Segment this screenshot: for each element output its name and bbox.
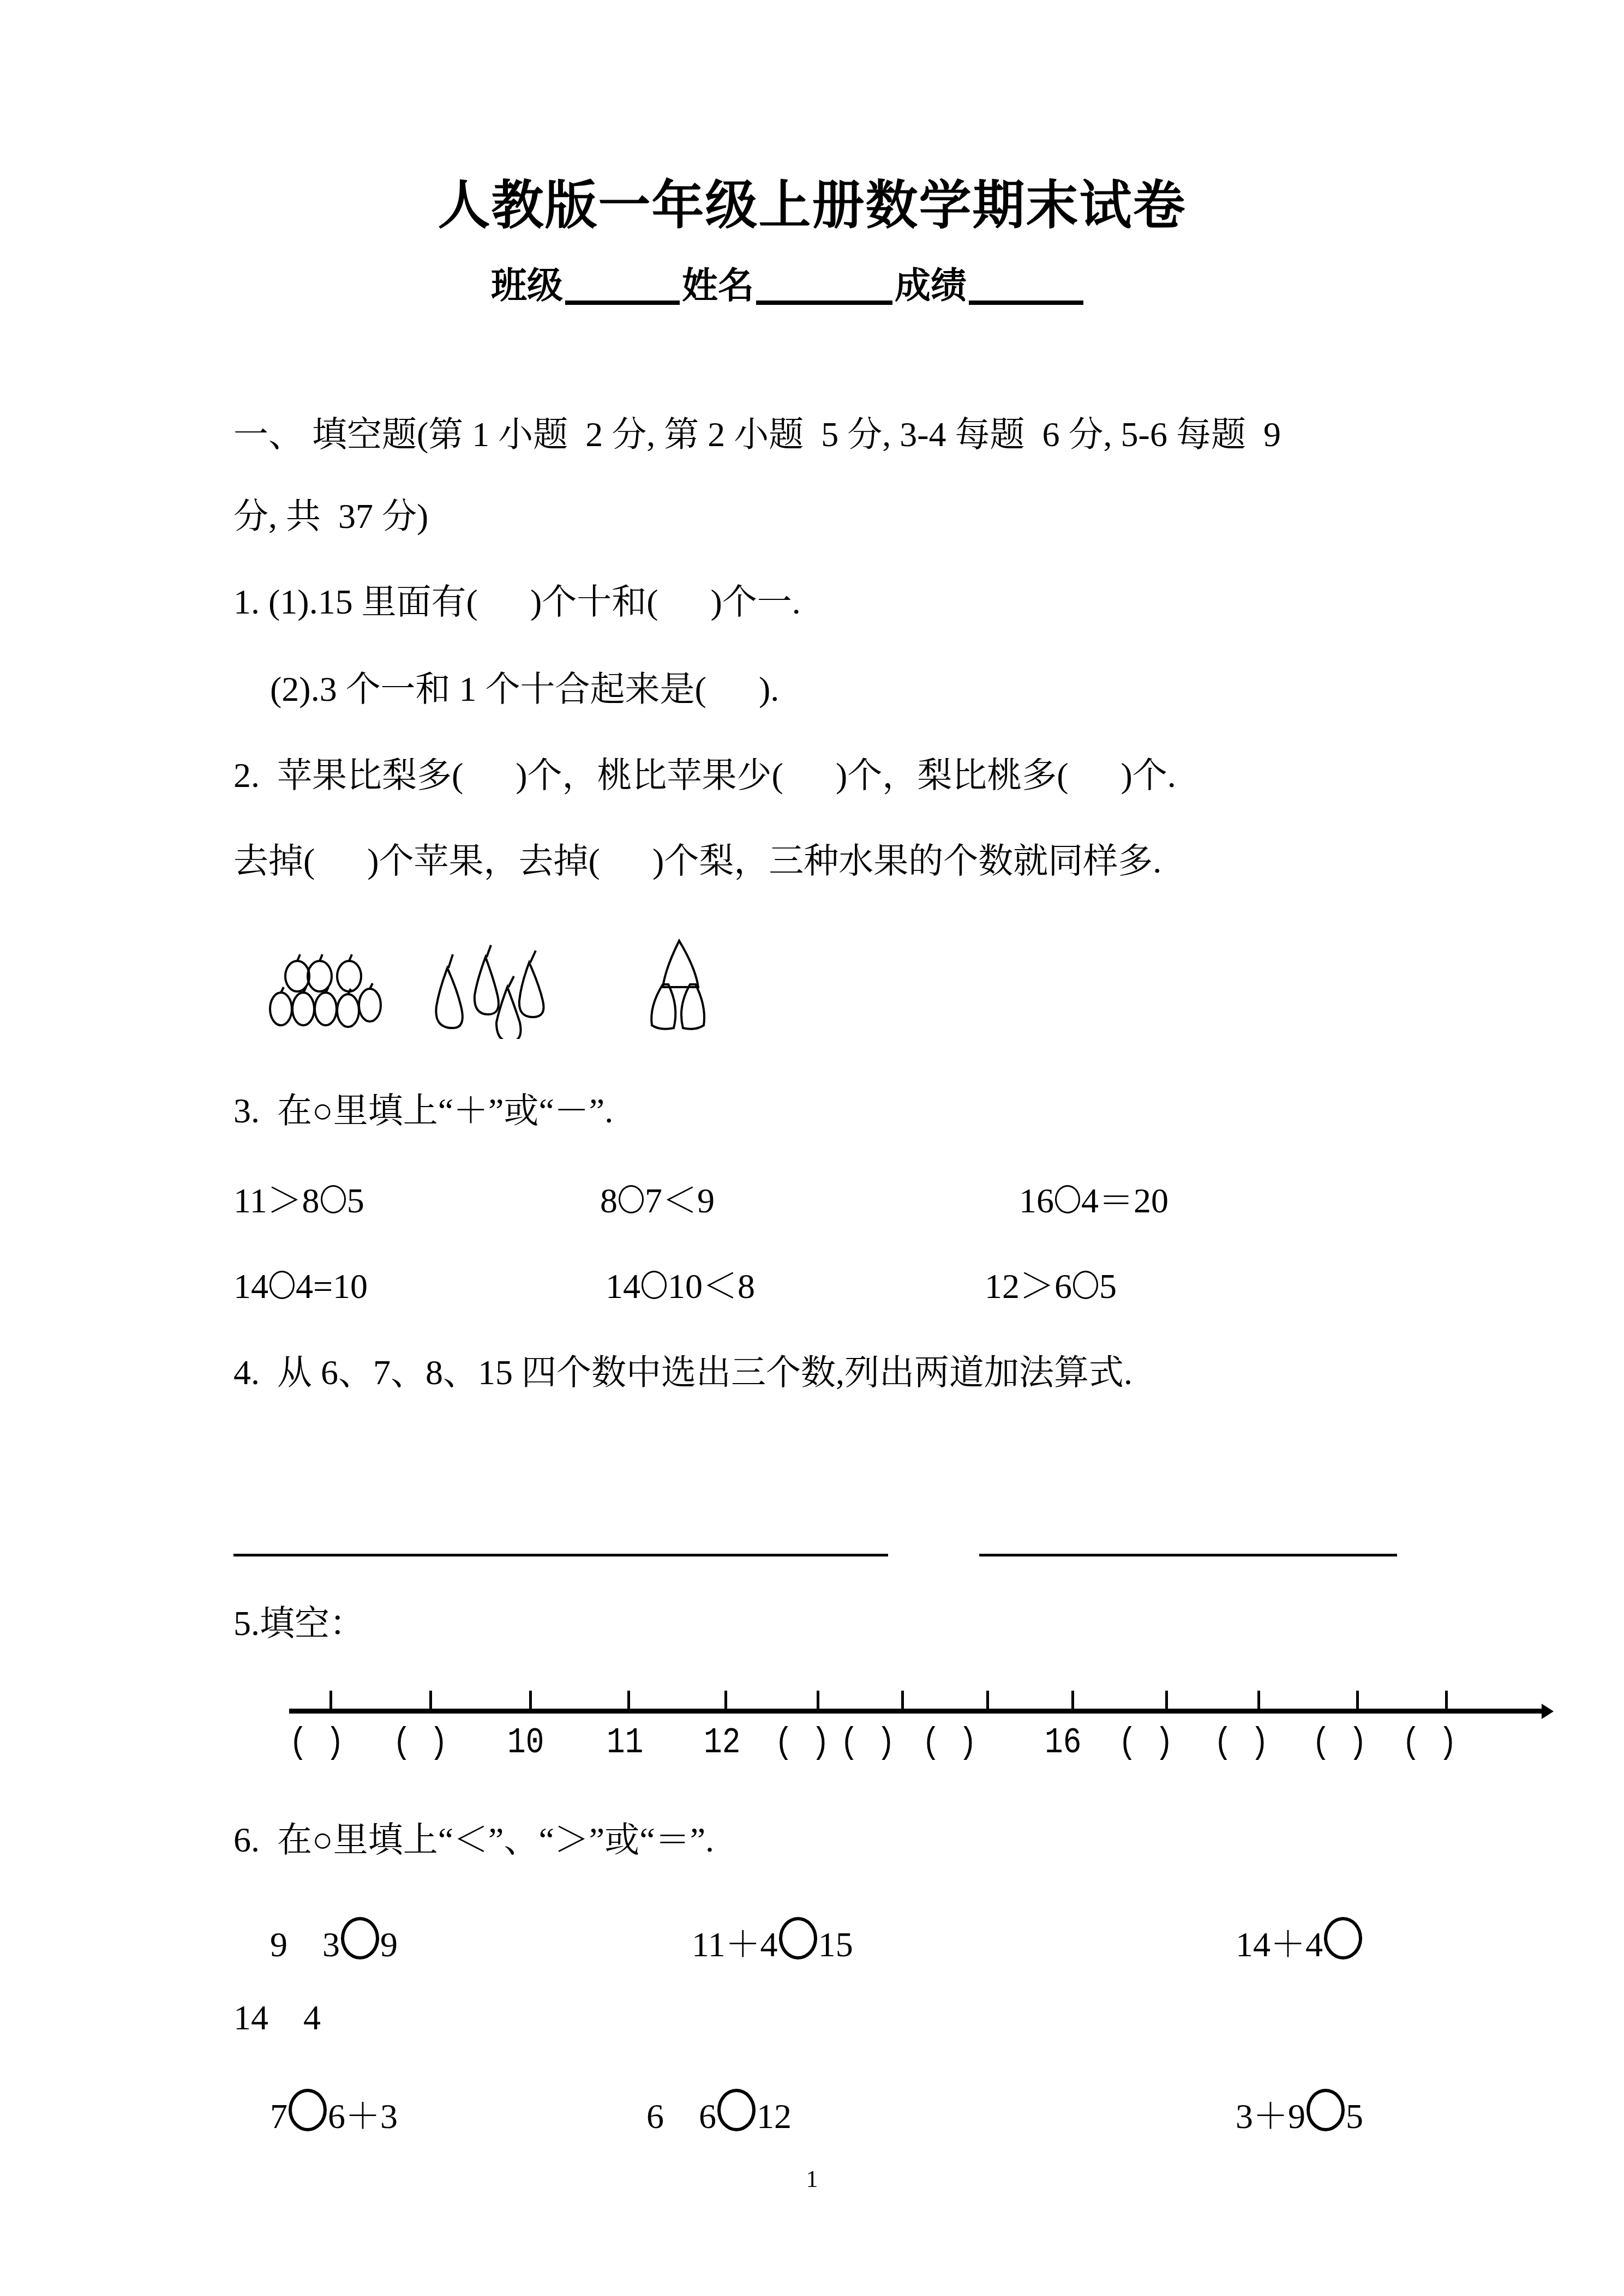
answer-line-2[interactable] [979, 1554, 1397, 1556]
q3-item-3: 164＝20 [1019, 1183, 1168, 1218]
number-line-tick [1356, 1691, 1359, 1709]
question-4-prompt: 4. 从 6、7、8、15 四个数中选出三个数,列出两道加法算式. [233, 1355, 1132, 1390]
student-info-row: 班级 姓名 成绩 [491, 256, 1086, 308]
number-line-tick [329, 1691, 332, 1709]
number-line-blank[interactable]: ( ) [1214, 1722, 1269, 1763]
q3-item-4: 144=10 [233, 1269, 368, 1304]
peaches-icon [651, 941, 704, 1029]
number-line-blank[interactable]: ( ) [840, 1722, 895, 1763]
q3-item-1: 11＞85 [233, 1183, 364, 1218]
number-line-value: 12 [704, 1722, 740, 1763]
answer-circle[interactable] [717, 2089, 756, 2131]
number-line-tick [817, 1691, 819, 1709]
number-line-tick [627, 1691, 630, 1709]
number-line-tick [1071, 1691, 1074, 1709]
section-heading-line2: 分, 共 37 分) [233, 499, 428, 534]
number-line-tick [529, 1691, 532, 1709]
answer-circle[interactable] [289, 2089, 327, 2131]
page-title: 人教版一年级上册数学期末试卷 [0, 164, 1624, 238]
name-blank[interactable] [756, 300, 892, 305]
answer-circle[interactable] [642, 1271, 667, 1299]
q6-item-2: 11＋415 [692, 1917, 853, 1962]
q6-item-3: 14＋4 [1236, 1917, 1363, 1962]
number-line-tick [901, 1691, 904, 1709]
name-label: 姓名 [682, 256, 754, 308]
q6-item-4: 76＋3 [270, 2089, 398, 2134]
section-heading-line1: 一、 填空题(第 1 小题 2 分, 第 2 小题 5 分, 3-4 每题 6 … [233, 417, 1281, 452]
q3-item-5: 1410＜8 [606, 1269, 755, 1304]
number-line-axis [289, 1709, 1544, 1714]
question-5-prompt: 5.填空： [233, 1606, 364, 1641]
q6-item-3-continued: 14 4 [233, 2000, 321, 2035]
q3-item-6: 12＞65 [985, 1269, 1117, 1304]
score-blank[interactable] [969, 300, 1083, 305]
number-line-tick [1445, 1691, 1448, 1709]
question-2-line-1: 2. 苹果比梨多( )个，桃比苹果少( )个，梨比桃多( )个. [233, 758, 1176, 793]
number-line-blank[interactable]: ( ) [922, 1722, 977, 1763]
fruit-picture [267, 935, 736, 1039]
number-line-value: 11 [607, 1722, 643, 1763]
question-3-prompt: 3. 在○里填上“＋”或“－”. [233, 1093, 613, 1128]
number-line-tick [724, 1691, 727, 1709]
pears-icon [436, 945, 543, 1039]
number-line-blank[interactable]: ( ) [393, 1722, 448, 1763]
question-1-part-2: (2).3 个一和 1 个十合起来是( ). [270, 672, 779, 707]
answer-circle[interactable] [619, 1185, 644, 1213]
number-line-tick [1257, 1691, 1260, 1709]
answer-circle[interactable] [269, 1271, 295, 1299]
number-line-blank[interactable]: ( ) [1402, 1722, 1457, 1763]
arrow-right-icon [1542, 1704, 1554, 1719]
answer-circle[interactable] [1324, 1917, 1362, 1960]
number-line-tick [1165, 1691, 1168, 1709]
answer-circle[interactable] [1073, 1271, 1098, 1299]
page-number: 1 [0, 2165, 1624, 2193]
number-line-blank[interactable]: ( ) [775, 1722, 830, 1763]
answer-circle[interactable] [321, 1185, 346, 1213]
answer-circle[interactable] [341, 1917, 379, 1960]
number-line-tick [429, 1691, 432, 1709]
number-line-tick [986, 1691, 989, 1709]
score-label: 成绩 [895, 256, 967, 308]
number-line-value: 16 [1045, 1722, 1081, 1763]
answer-circle[interactable] [1055, 1185, 1080, 1213]
q6-item-5: 6 612 [646, 2089, 792, 2134]
question-2-line-2: 去掉( )个苹果，去掉( )个梨，三种水果的个数就同样多. [233, 844, 1161, 879]
number-line-blank[interactable]: ( ) [289, 1722, 344, 1763]
class-blank[interactable] [565, 300, 680, 305]
class-label: 班级 [491, 256, 563, 308]
number-line-blank[interactable]: ( ) [1118, 1722, 1173, 1763]
q3-item-2: 87＜9 [600, 1183, 715, 1218]
q6-item-6: 3＋95 [1236, 2089, 1363, 2134]
answer-circle[interactable] [1307, 2089, 1345, 2131]
answer-line-1[interactable] [233, 1554, 888, 1556]
question-1-part-1: 1. (1).15 里面有( )个十和( )个一. [233, 585, 801, 620]
q6-item-1: 9 39 [270, 1917, 398, 1962]
apples-icon [270, 954, 381, 1027]
question-6-prompt: 6. 在○里填上“＜”、“＞”或“＝”. [233, 1823, 714, 1858]
number-line-blank[interactable]: ( ) [1312, 1722, 1367, 1763]
number-line-value: 10 [507, 1722, 544, 1763]
answer-circle[interactable] [779, 1917, 817, 1960]
